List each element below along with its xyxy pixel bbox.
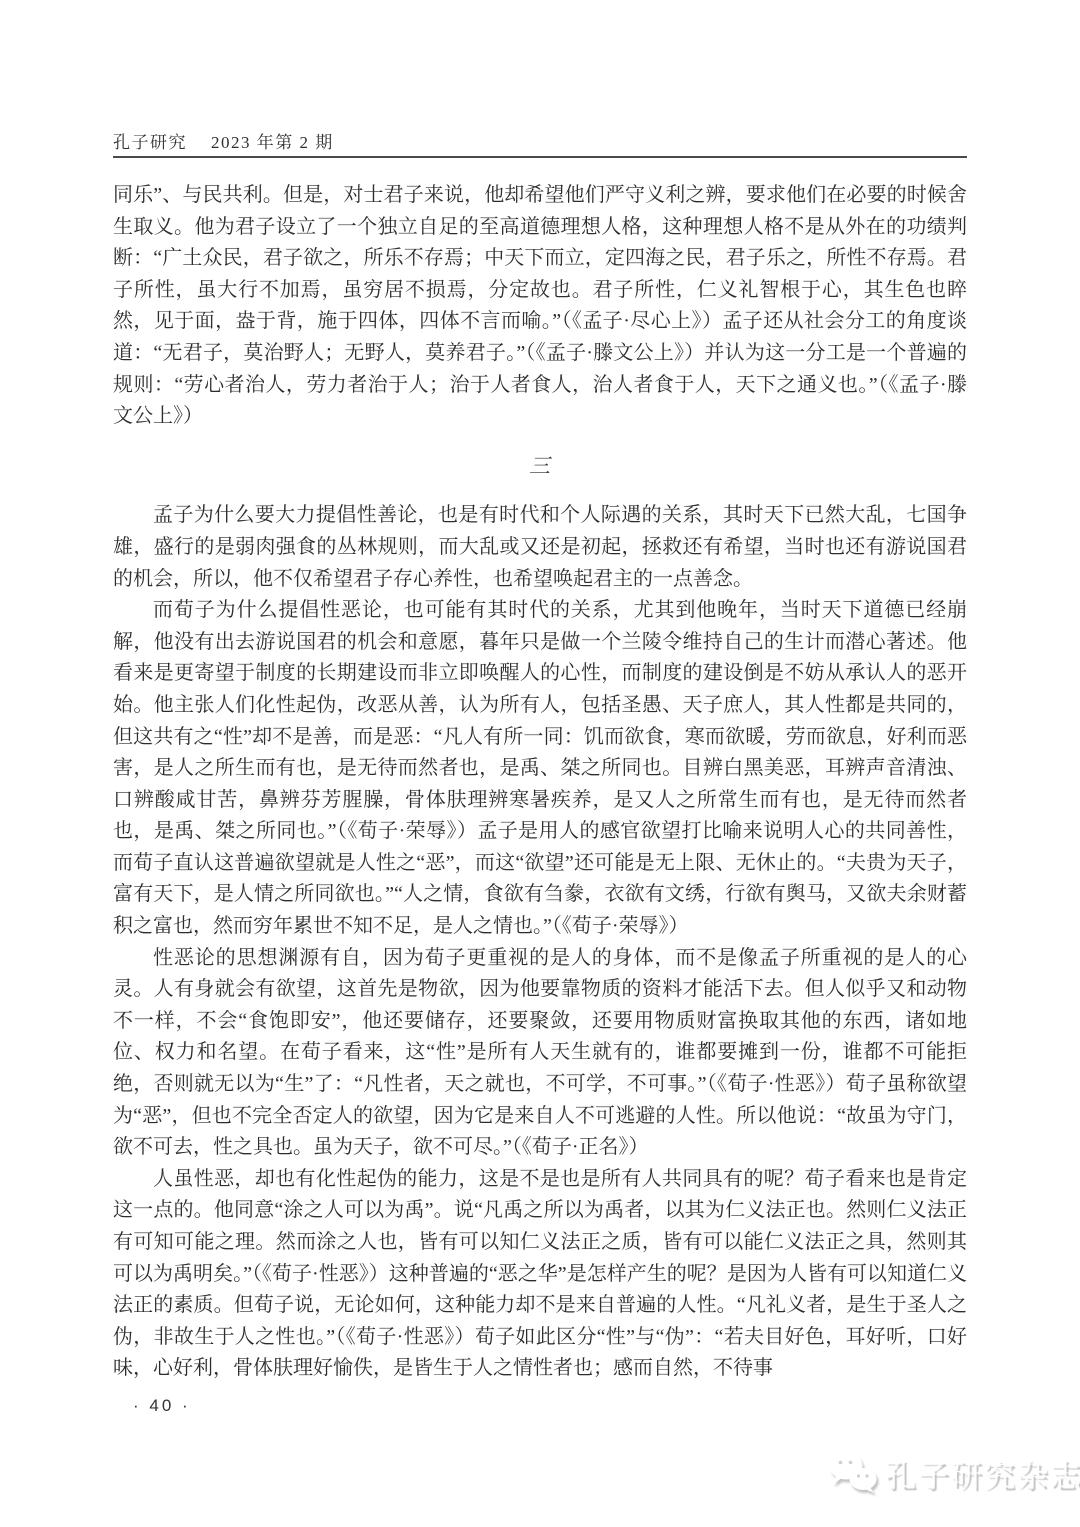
article-body: 同乐”、与民共利。但是，对士君子来说，他却希望他们严守义利之辨，要求他们在必要的…: [113, 180, 967, 1385]
page-header: 孔子研究2023 年第 2 期: [113, 128, 967, 153]
watermark: 孔子研究杂志: [828, 1450, 1080, 1495]
journal-page: 孔子研究2023 年第 2 期 同乐”、与民共利。但是，对士君子来说，他却希望他…: [0, 0, 1080, 1527]
header-rule: [113, 156, 967, 158]
watermark-label: 孔子研究杂志: [885, 1450, 1080, 1495]
paragraph-continuation: 同乐”、与民共利。但是，对士君子来说，他却希望他们严守义利之辨，要求他们在必要的…: [113, 180, 967, 433]
wechat-icon: [828, 1451, 878, 1495]
issue-info: 2023 年第 2 期: [211, 133, 334, 152]
paragraph: 而荀子为什么提倡性恶论，也可能有其时代的关系，尤其到他晚年，当时天下道德已经崩解…: [113, 595, 967, 943]
paragraph: 性恶论的思想渊源有自，因为荀子更重视的是人的身体，而不是像孟子所重视的是人的心灵…: [113, 943, 967, 1164]
paragraph: 人虽性恶，却也有化性起伪的能力，这是不是也是所有人共同具有的呢？荀子看来也是肯定…: [113, 1164, 967, 1385]
page-number: · 40 ·: [133, 1396, 191, 1416]
section-heading: 三: [113, 451, 967, 483]
paragraph: 孟子为什么要大力提倡性善论，也是有时代和个人际遇的关系，其时天下已然大乱，七国争…: [113, 500, 967, 595]
journal-title: 孔子研究: [113, 133, 187, 152]
